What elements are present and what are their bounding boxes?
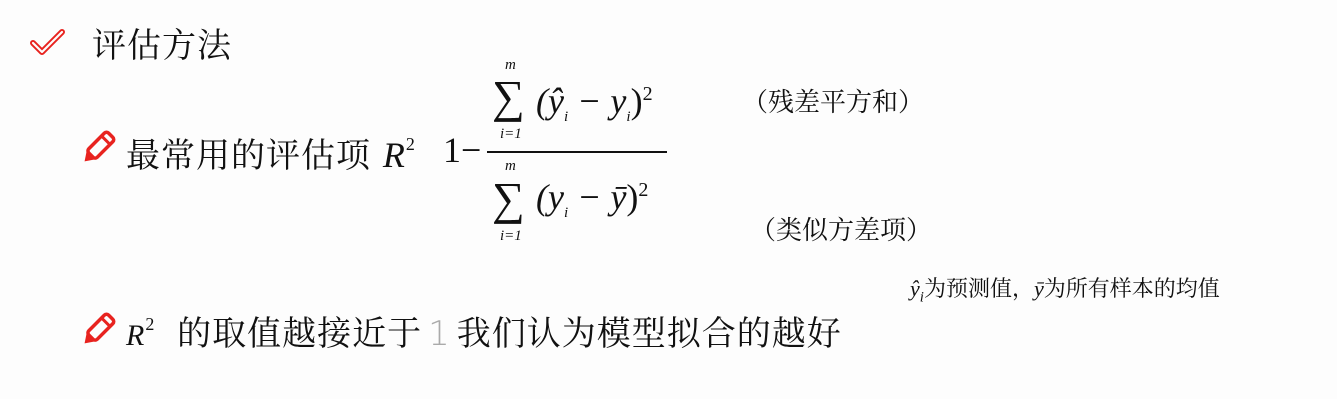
- footnote: ŷi为预测值，ȳ为所有样本的均值: [910, 272, 1220, 306]
- bullet-1: 最常用的评估项 R2: [126, 128, 416, 177]
- pencil-icon: [79, 128, 117, 168]
- pencil-icon: [79, 310, 117, 350]
- bullet-2-text-b: 我们认为模型拟合的越好: [457, 314, 842, 354]
- section-heading: 评估方法: [92, 18, 232, 67]
- fraction-bar: [487, 151, 667, 153]
- den-expr: (yi − ȳ)2: [536, 176, 648, 222]
- variance-term-label: （类似方差项）: [750, 210, 932, 247]
- r-squared-symbol: R2: [126, 319, 155, 352]
- check-icon: [30, 28, 66, 58]
- residual-sum-label: （残差平方和）: [742, 82, 924, 119]
- den-lower: i=1: [500, 228, 522, 245]
- value-one: 1: [428, 314, 451, 354]
- r-squared-symbol: R2: [383, 135, 416, 175]
- num-expr: (ŷi − yi)2: [536, 80, 653, 126]
- num-sigma: ∑: [492, 74, 525, 120]
- num-lower: i=1: [500, 126, 522, 143]
- bullet-2: R2 的取值越接近于1我们认为模型拟合的越好: [126, 306, 842, 355]
- den-sigma: ∑: [492, 176, 525, 222]
- formula-lead: 1−: [443, 129, 481, 171]
- bullet-1-text: 最常用的评估项: [126, 136, 371, 176]
- bullet-2-text-a: 的取值越接近于: [177, 314, 422, 354]
